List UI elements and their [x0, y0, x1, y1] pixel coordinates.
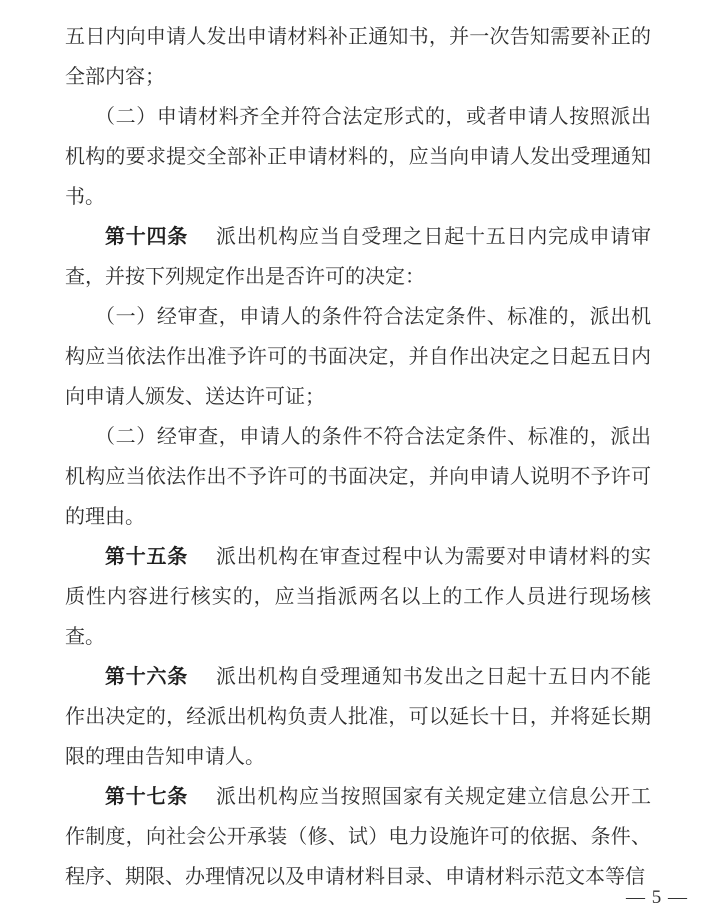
article-number: 第十四条 [105, 226, 188, 248]
page-number: — 5 — [626, 886, 688, 910]
paragraph: 第十七条派出机构应当按照国家有关规定建立信息公开工作制度，向社会公开承装（修、试… [65, 777, 651, 897]
article-number: 第十五条 [105, 546, 188, 568]
paragraph: 五日内向申请人发出申请材料补正通知书，并一次告知需要补正的全部内容； [65, 17, 651, 97]
paragraph: 第十五条派出机构在审查过程中认为需要对申请材料的实质性内容进行核实的，应当指派两… [65, 537, 651, 657]
paragraph: （一）经审查，申请人的条件符合法定条件、标准的，派出机构应当依法作出准予许可的书… [65, 297, 651, 417]
paragraph: 第十四条派出机构应当自受理之日起十五日内完成申请审查，并按下列规定作出是否许可的… [65, 217, 651, 297]
paragraph-text: （二）经审查，申请人的条件不符合法定条件、标准的，派出机构应当依法作出不予许可的… [65, 426, 651, 528]
paragraph: （二）经审查，申请人的条件不符合法定条件、标准的，派出机构应当依法作出不予许可的… [65, 417, 651, 537]
paragraph: （二）申请材料齐全并符合法定形式的，或者申请人按照派出机构的要求提交全部补正申请… [65, 97, 651, 217]
paragraph-text: （一）经审查，申请人的条件符合法定条件、标准的，派出机构应当依法作出准予许可的书… [65, 306, 651, 408]
document-page: 五日内向申请人发出申请材料补正通知书，并一次告知需要补正的全部内容； （二）申请… [0, 0, 710, 921]
article-number: 第十七条 [105, 786, 188, 808]
article-number: 第十六条 [105, 666, 188, 688]
paragraph-text: （二）申请材料齐全并符合法定形式的，或者申请人按照派出机构的要求提交全部补正申请… [65, 106, 651, 208]
document-body: 五日内向申请人发出申请材料补正通知书，并一次告知需要补正的全部内容； （二）申请… [65, 17, 651, 897]
paragraph: 第十六条派出机构自受理通知书发出之日起十五日内不能作出决定的，经派出机构负责人批… [65, 657, 651, 777]
paragraph-text: 五日内向申请人发出申请材料补正通知书，并一次告知需要补正的全部内容； [65, 26, 651, 88]
